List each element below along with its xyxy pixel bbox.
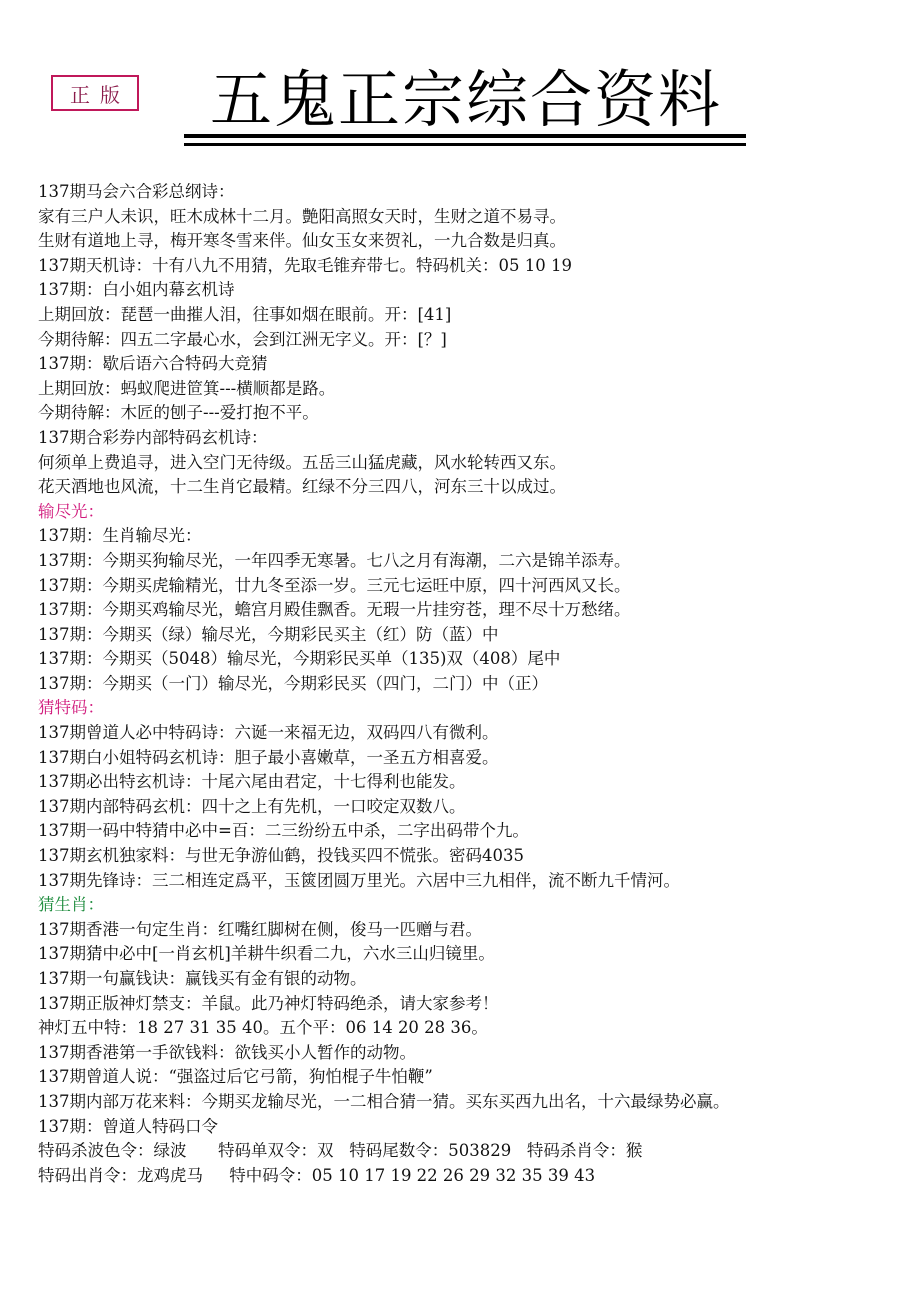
text-line: 137期曾道人必中特码诗：六诞一来福无边，双码四八有微利。: [38, 721, 888, 746]
text-line: 今期待解：木匠的刨子---爱打抱不平。: [38, 401, 888, 426]
text-line: 137期先锋诗：三二相连定爲平，玉篋团圆万里光。六居中三九相伴，流不断九千情河。: [38, 869, 888, 894]
text-line: 137期猜中必中[一肖玄机]羊耕牛织看二九，六水三山归镜里。: [38, 942, 888, 967]
text-line: 137期香港第一手欲钱料：欲钱买小人暂作的动物。: [38, 1041, 888, 1066]
text-line: 上期回放：琵琶一曲摧人泪，往事如烟在眼前。开：[41]: [38, 303, 888, 328]
text-line: 137期：白小姐内幕玄机诗: [38, 278, 888, 303]
text-line: 137期天机诗：十有八九不用猜，先取毛锥弃带七。特码机关：05 10 19: [38, 254, 888, 279]
text-line: 137期必出特玄机诗：十尾六尾由君定，十七得利也能发。: [38, 770, 888, 795]
section-heading: 猜生肖：: [38, 893, 888, 918]
text-line: 137期合彩券内部特码玄机诗：: [38, 426, 888, 451]
text-line: 137期：今期买虎输精光，廿九冬至添一岁。三元七运旺中原，四十河西风又长。: [38, 574, 888, 599]
text-line: 137期：今期买（5048）输尽光，今期彩民买单（135)双（408）尾中: [38, 647, 888, 672]
text-line: 上期回放：蚂蚁爬进笸箕---横顺都是路。: [38, 377, 888, 402]
text-line: 137期内部特码玄机：四十之上有先机，一口咬定双数八。: [38, 795, 888, 820]
text-line: 家有三户人未识，旺木成林十二月。艶阳高照女天时，生财之道不易寻。: [38, 205, 888, 230]
section-heading: 输尽光：: [38, 500, 888, 525]
section-heading: 猜特码：: [38, 696, 888, 721]
text-line: 137期：生肖输尽光：: [38, 524, 888, 549]
official-edition-badge: 正版: [51, 75, 139, 111]
title-underline-thin: [184, 143, 746, 146]
text-line: 137期：曾道人特码口令: [38, 1115, 888, 1140]
text-line: 137期：今期买（绿）输尽光，今期彩民买主（红）防（蓝）中: [38, 623, 888, 648]
text-line: 137期：歇后语六合特码大竞猜: [38, 352, 888, 377]
text-line: 生财有道地上寻，梅开寒冬雪来伴。仙女玉女来贺礼，一九合数是归真。: [38, 229, 888, 254]
page-title: 五鬼正宗综合资料: [186, 60, 746, 140]
title-underline-thick: [184, 134, 746, 138]
text-line: 今期待解：四五二字最心水，会到江洲无字义。开：[？]: [38, 328, 888, 353]
text-line: 137期正版神灯禁支：羊鼠。此乃神灯特码绝杀，请大家参考！: [38, 992, 888, 1017]
text-line: 特码出肖令：龙鸡虎马 特中码令：05 10 17 19 22 26 29 32 …: [38, 1164, 888, 1189]
text-line: 137期内部万花来料：今期买龙输尽光，一二相合猜一猜。买东买西九出名，十六最绿势…: [38, 1090, 888, 1115]
text-line: 何须单上费追寻，进入空门无待级。五岳三山猛虎藏，风水轮转西又东。: [38, 451, 888, 476]
text-line: 137期玄机独家料：与世无争游仙鹤，投钱买四不慌张。密码4035: [38, 844, 888, 869]
text-line: 137期：今期买鸡输尽光，蟾宫月殿佳飘香。无瑕一片挂穷苍，理不尽十万愁绪。: [38, 598, 888, 623]
text-line: 137期马会六合彩总纲诗：: [38, 180, 888, 205]
text-line: 137期：今期买狗输尽光，一年四季无寒暑。七八之月有海潮，二六是锦羊添寿。: [38, 549, 888, 574]
text-line: 特码杀波色令：绿波 特码单双令：双 特码尾数令：503829 特码杀肖令：猴: [38, 1139, 888, 1164]
text-line: 神灯五中特：18 27 31 35 40。五个平：06 14 20 28 36。: [38, 1016, 888, 1041]
text-line: 137期曾道人说：“强盗过后它弓箭，狗怕棍子牛怕鞭”: [38, 1065, 888, 1090]
text-line: 137期一码中特猜中必中=百：二三纷纷五中杀，二字出码带个九。: [38, 819, 888, 844]
text-line: 137期香港一句定生肖：红嘴红脚树在侧，俊马一匹赠与君。: [38, 918, 888, 943]
text-line: 花天酒地也风流，十二生肖它最精。红绿不分三四八，河东三十以成过。: [38, 475, 888, 500]
document-body: 137期马会六合彩总纲诗：家有三户人未识，旺木成林十二月。艶阳高照女天时，生财之…: [38, 180, 888, 1188]
text-line: 137期：今期买（一门）输尽光，今期彩民买（四门，二门）中（正）: [38, 672, 888, 697]
text-line: 137期白小姐特码玄机诗：胆子最小喜嫩草，一圣五方相喜爱。: [38, 746, 888, 771]
text-line: 137期一句赢钱诀：赢钱买有金有银的动物。: [38, 967, 888, 992]
